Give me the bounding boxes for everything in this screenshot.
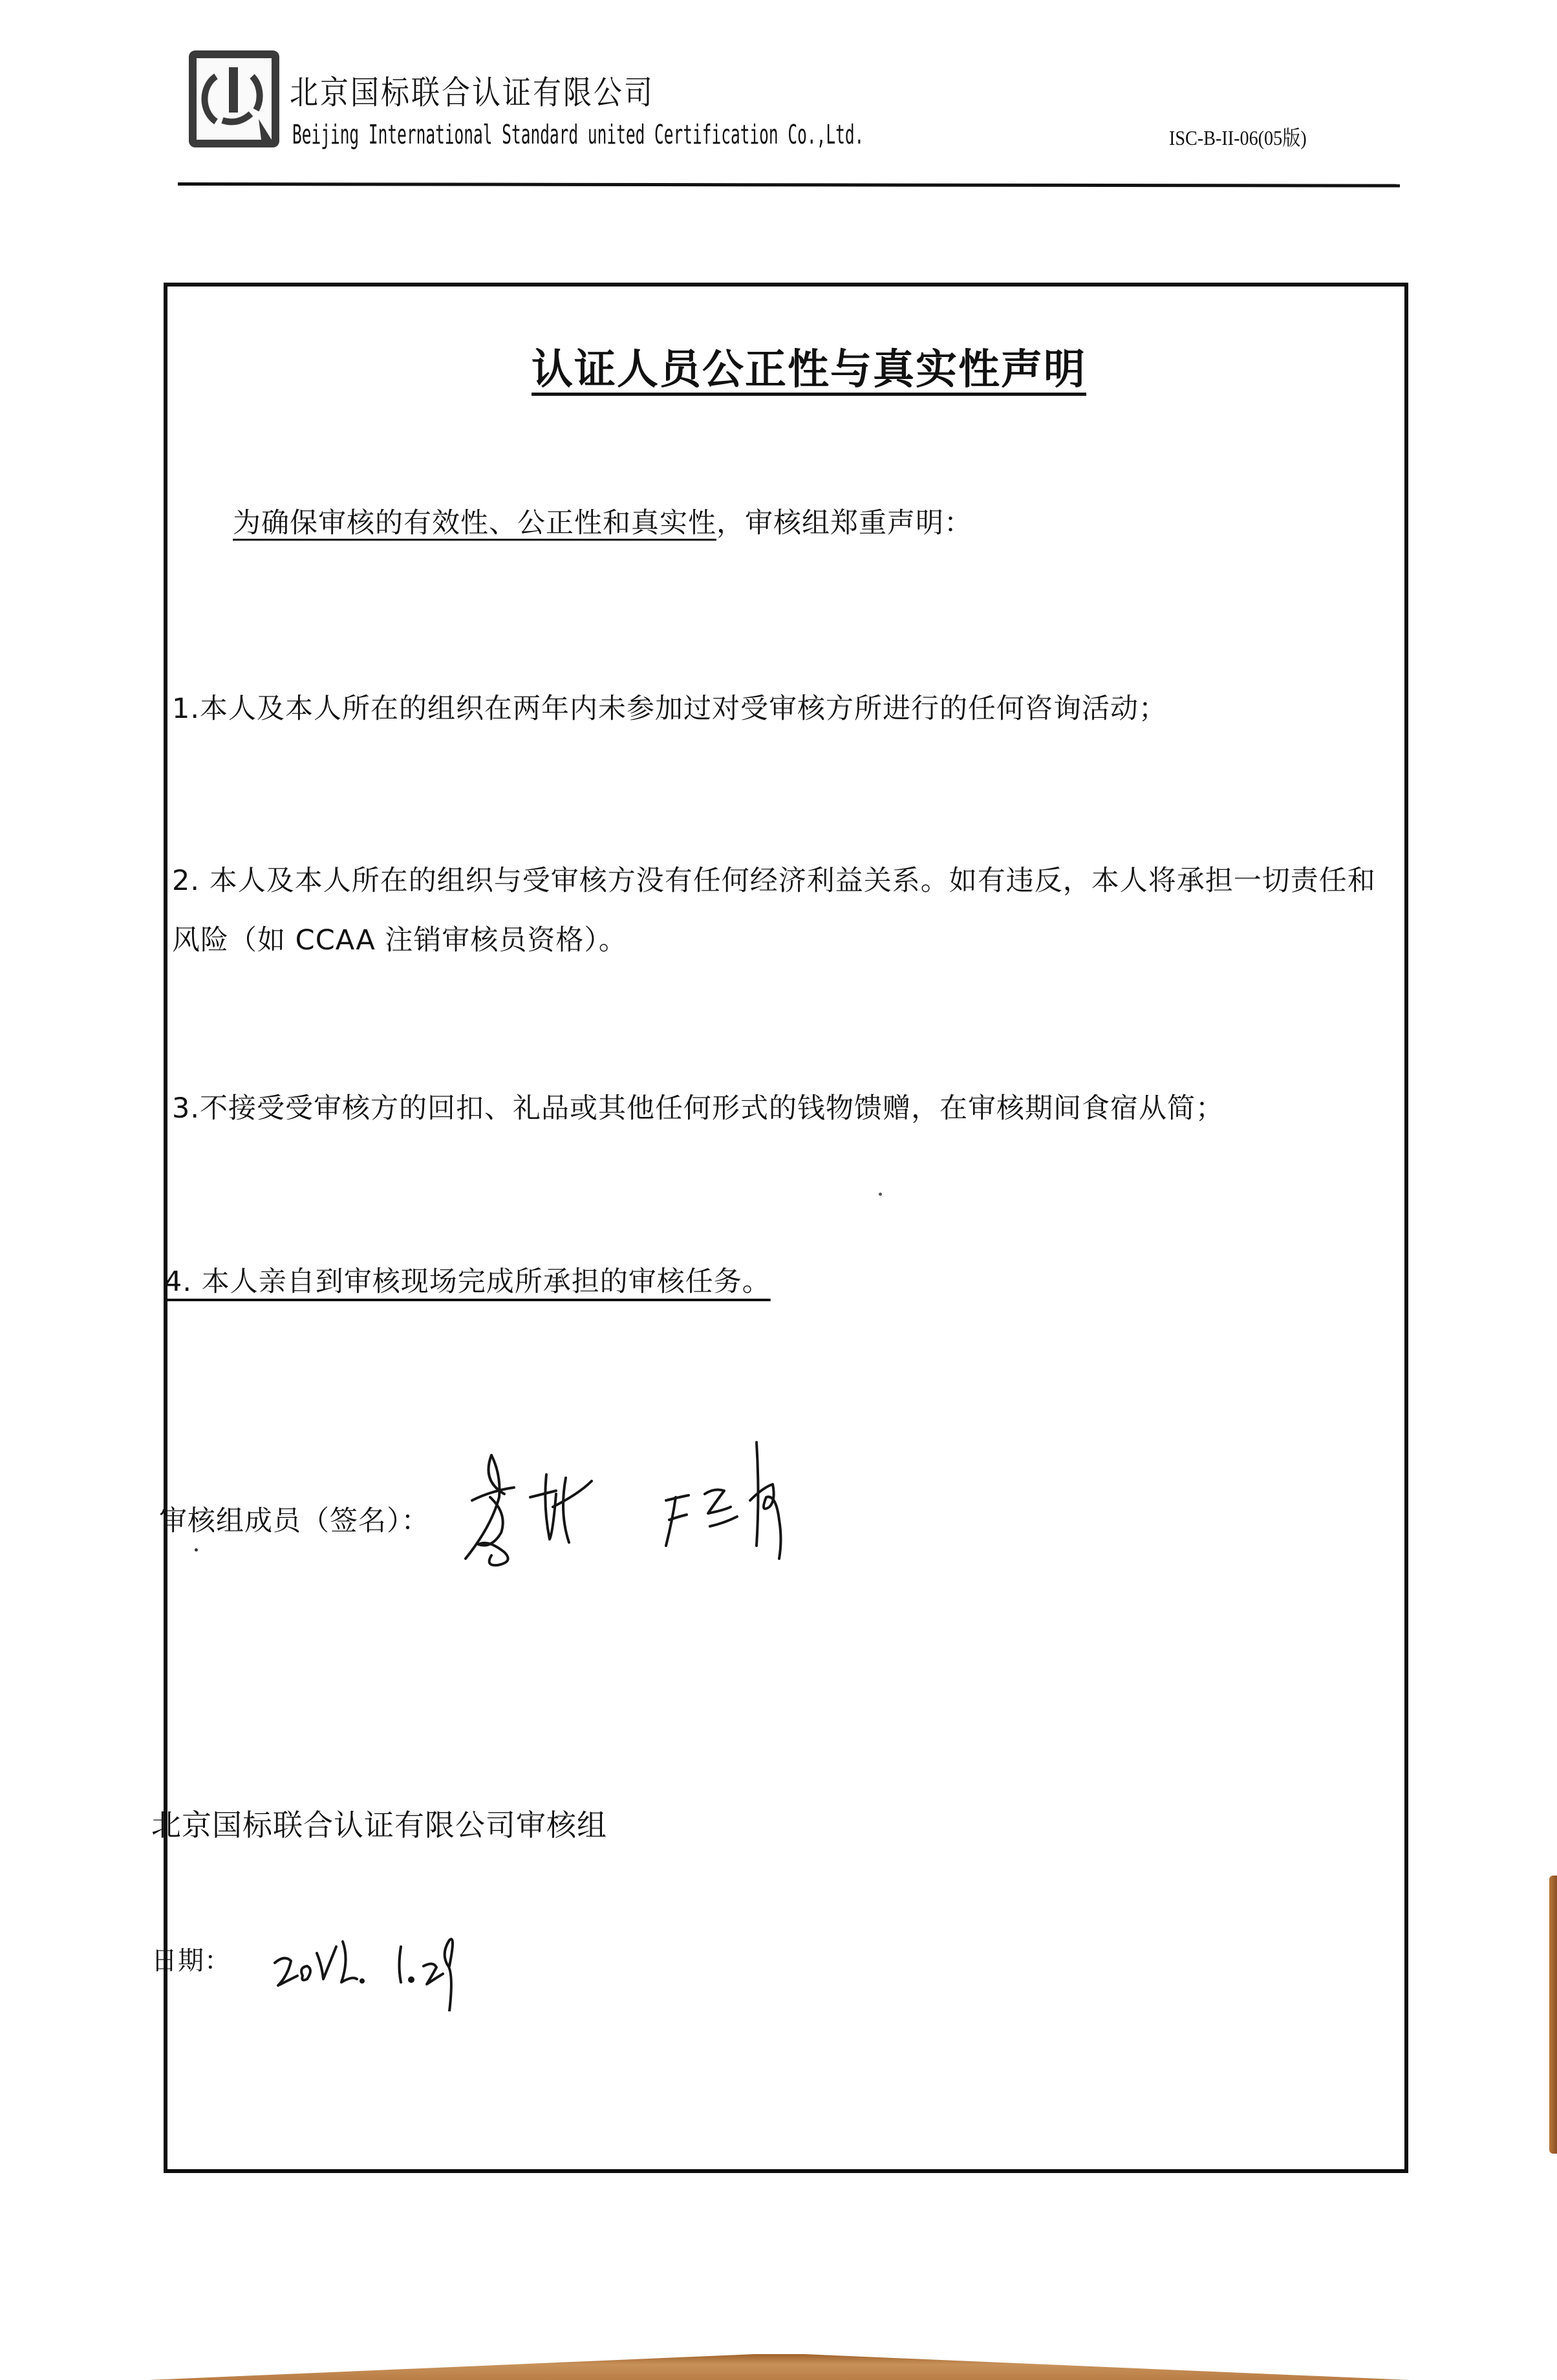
signature-label: 审核组成员（签名）： [159, 1499, 430, 1539]
declaration-item-1: 1.本人及本人所在的组织在两年内未参加过对受审核方所进行的任何咨询活动； [172, 687, 1167, 726]
document-title: 认证人员公正性与真实性声明 [532, 336, 1086, 396]
date-label: 日期： [151, 1940, 231, 1977]
organization-name: 北京国标联合认证有限公司审核组 [151, 1802, 607, 1844]
declaration-item-2-line-1: 2. 本人及本人所在的组织与受审核方没有任何经济利益关系。如有违反，本人将承担一… [172, 859, 1376, 898]
declaration-item-4: 4. 本人亲自到审核现场完成所承担的审核任务。 [164, 1260, 771, 1299]
photo-background-edge-right [1549, 1876, 1557, 2154]
company-name-cn: 北京国标联合认证有限公司 [290, 66, 654, 114]
scan-speck [195, 1548, 198, 1552]
company-name-en: Beijing International Standard united Ce… [292, 120, 864, 151]
photo-background-edge-bottom [149, 2354, 1410, 2380]
intro-paragraph: 为确保审核的有效性、公正性和真实性，审核组郑重声明： [233, 501, 972, 541]
scan-speck [879, 1193, 882, 1196]
declaration-item-3: 3.不接受受审核方的回扣、礼品或其他任何形式的钱物馈赠，在审核期间食宿从简； [172, 1087, 1224, 1126]
declaration-frame [164, 283, 1408, 2173]
handwritten-signatures: 李林 王吴梅 [453, 1436, 815, 1585]
declaration-item-2-line-2: 风险（如 CCAA 注销审核员资格）。 [172, 918, 627, 958]
letterhead: 北京国标联合认证有限公司 Beijing International Stand… [0, 0, 1557, 194]
intro-rest-text: ，审核组郑重声明： [716, 507, 972, 539]
intro-underlined-text: 为确保审核的有效性、公正性和真实性 [233, 507, 716, 539]
form-code: ISC-B-II-06(05版) [1169, 122, 1307, 151]
company-logo-icon [189, 50, 279, 147]
handwritten-date: 2022.1.29 [272, 1914, 504, 2011]
header-divider [178, 182, 1400, 188]
